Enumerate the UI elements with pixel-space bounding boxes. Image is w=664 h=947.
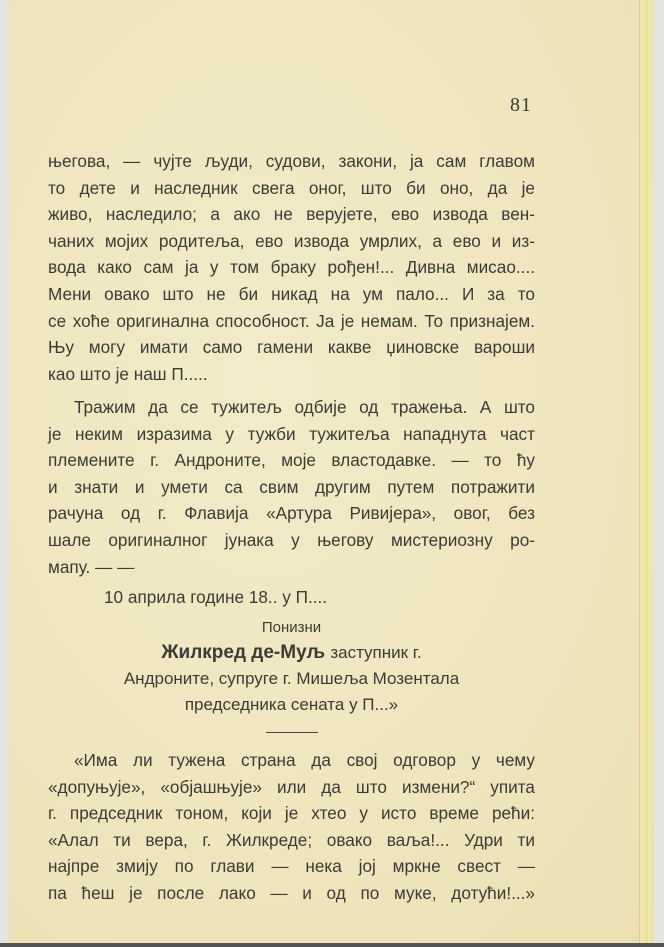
page-number: 81	[510, 94, 532, 117]
text-line: и знати и умети са свим другим путем пот…	[48, 474, 535, 501]
signature-closing: Понизни	[48, 616, 535, 640]
text-line: «допуњује», «објашњује» или да што измен…	[48, 774, 535, 801]
dateline: 10 априла године 18.. у П....	[104, 587, 327, 608]
text-line: г. председник тоном, који је хтео у исто…	[48, 800, 535, 827]
signature-name: Жилкред де-Муљ	[161, 642, 325, 663]
text-line: као што је наш П.....	[48, 361, 535, 388]
signature-line-4: председника сената у П...»	[48, 692, 535, 718]
text-line: чаних мојих родитеља, ево извода умрлих,…	[48, 228, 535, 255]
text-line: вода како сам ја у том браку рођен!... Д…	[48, 254, 535, 281]
signature-title: заступник г.	[330, 643, 421, 662]
text-line: «Има ли тужена страна да свој одговор у …	[48, 747, 535, 774]
section-divider	[266, 732, 318, 733]
text-line: рачуна од г. Флавија «Артура Ривијера», …	[48, 500, 535, 527]
text-line: се хоће оригинална способност. Ја је нем…	[48, 308, 535, 335]
text-line: живо, наследило; а ако не верујете, ево …	[48, 201, 535, 228]
page-edge	[639, 0, 650, 943]
text-line: је неким изразима у тужби тужитеља напад…	[48, 421, 535, 448]
signature-line-3: Андроните, супруге г. Мишеља Мозентала	[48, 666, 535, 692]
text-line: Њу могу имати само гамени какве џиновске…	[48, 334, 535, 361]
paragraph-3: «Има ли тужена страна да свој одговор у …	[48, 747, 535, 907]
text-line: «Алал ти вера, г. Жилкреде; овако ваља!.…	[48, 827, 535, 854]
paragraph-2: Тражим да се тужитељ одбије од тражења. …	[48, 394, 535, 580]
bottom-border	[0, 943, 664, 947]
text-line: шале оригиналног јунака у његову мистери…	[48, 527, 535, 554]
signature-block: Понизни Жилкред де-Муљ заступник г. Андр…	[48, 616, 535, 718]
paragraph-1: његова, — чујте људи, судови, закони, ја…	[48, 148, 535, 387]
text-line: то дете и наследник свега оног, што би о…	[48, 175, 535, 202]
text-line: мапу. — —	[48, 554, 535, 581]
text-line: па ћеш је после лако — и од по муке, дот…	[48, 880, 535, 907]
text-line: племените г. Андроните, моје властодавке…	[48, 447, 535, 474]
text-line: Мени овако што не би никад на ум пало...…	[48, 281, 535, 308]
text-line: његова, — чујте људи, судови, закони, ја…	[48, 148, 535, 175]
signature-name-line: Жилкред де-Муљ заступник г.	[48, 640, 535, 666]
text-line: најпре змију по глави — нека јој мркне с…	[48, 853, 535, 880]
text-line: Тражим да се тужитељ одбије од тражења. …	[48, 394, 535, 421]
